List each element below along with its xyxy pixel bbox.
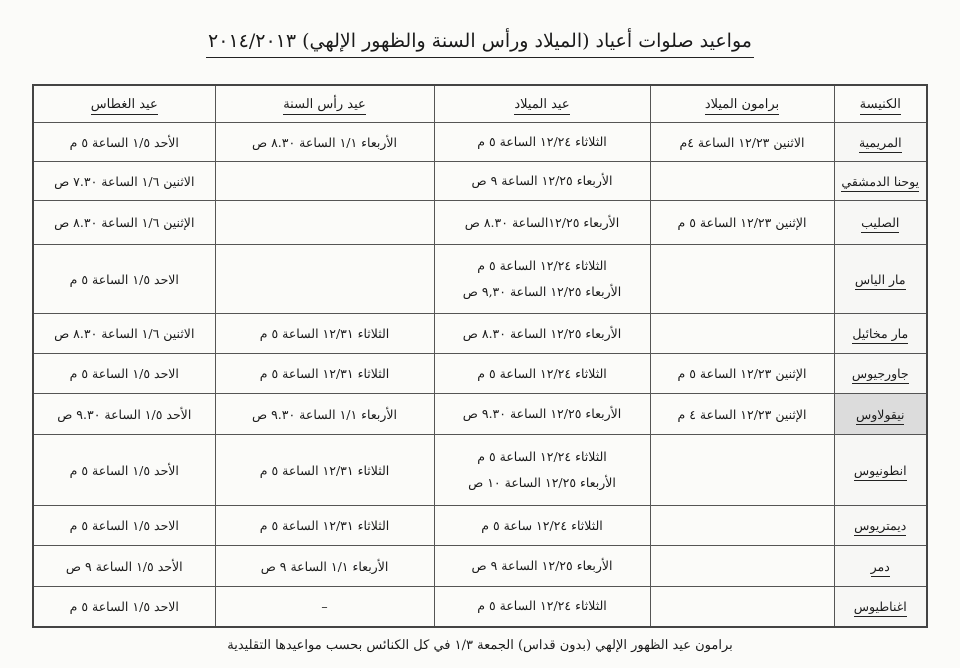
church-name-cell: نيقولاوس — [834, 394, 927, 435]
christmas-eve-cell: الإثنين ١٢/٢٣ الساعة ٥ م — [650, 354, 834, 394]
christmas-eve-cell: الاثنين ١٢/٢٣ الساعة ٤م — [650, 123, 834, 162]
new-year-cell: الثلاثاء ١٢/٣١ الساعة ٥ م — [215, 354, 434, 394]
christmas-cell: الأربعاء ١٢/٢٥ الساعة ٩.٣٠ ص — [434, 394, 650, 435]
new-year-cell — [215, 245, 434, 314]
epiphany-cell: الاحد ١/٥ الساعة ٥ م — [33, 587, 215, 627]
christmas-cell: الثلاثاء ١٢/٢٤ الساعة ٥ مالأربعاء ١٢/٢٥ … — [434, 245, 650, 314]
christmas-cell: الأربعاء ١٢/٢٥ الساعة ٨.٣٠ ص — [434, 314, 650, 354]
christmas-cell: الأربعاء ١٢/٢٥ الساعة ٩ ص — [434, 546, 650, 587]
header-new-year: عيد رأس السنة — [215, 85, 434, 123]
header-christmas: عيد الميلاد — [434, 85, 650, 123]
table-row: جاورجيوسالإثنين ١٢/٢٣ الساعة ٥ مالثلاثاء… — [33, 354, 927, 394]
table-row: مار مخائيلالأربعاء ١٢/٢٥ الساعة ٨.٣٠ صال… — [33, 314, 927, 354]
new-year-cell: الثلاثاء ١٢/٣١ الساعة ٥ م — [215, 506, 434, 546]
footer-note: برامون عيد الظهور الإلهي (بدون قداس) الج… — [0, 638, 960, 653]
epiphany-cell: الإثنين ١/٦ الساعة ٨.٣٠ ص — [33, 201, 215, 245]
header-church: الكنيسة — [834, 85, 927, 123]
epiphany-cell: الاحد ١/٥ الساعة ٥ م — [33, 354, 215, 394]
epiphany-cell: الأحد ١/٥ الساعة ٥ م — [33, 123, 215, 162]
header-row: الكنيسة برامون الميلاد عيد الميلاد عيد ر… — [33, 85, 927, 123]
table-row: يوحنا الدمشقيالأربعاء ١٢/٢٥ الساعة ٩ صال… — [33, 162, 927, 201]
christmas-eve-cell — [650, 546, 834, 587]
table-row: دمرالأربعاء ١٢/٢٥ الساعة ٩ صالأربعاء ١/١… — [33, 546, 927, 587]
christmas-eve-cell — [650, 587, 834, 627]
christmas-eve-cell: الإثنين ١٢/٢٣ الساعة ٤ م — [650, 394, 834, 435]
schedule-table: الكنيسة برامون الميلاد عيد الميلاد عيد ر… — [32, 84, 928, 628]
table-row: المريميةالاثنين ١٢/٢٣ الساعة ٤مالثلاثاء … — [33, 123, 927, 162]
church-name-cell: اغناطيوس — [834, 587, 927, 627]
church-name-cell: جاورجيوس — [834, 354, 927, 394]
christmas-cell: الثلاثاء ١٢/٢٤ الساعة ٥ مالأربعاء ١٢/٢٥ … — [434, 435, 650, 506]
church-name-cell: الصليب — [834, 201, 927, 245]
christmas-eve-cell — [650, 162, 834, 201]
christmas-cell: الأربعاء ١٢/٢٥الساعة ٨.٣٠ ص — [434, 201, 650, 245]
christmas-eve-cell: الإثنين ١٢/٢٣ الساعة ٥ م — [650, 201, 834, 245]
new-year-cell: الأربعاء ١/١ الساعة ٨.٣٠ ص — [215, 123, 434, 162]
header-epiphany: عيد الغطاس — [33, 85, 215, 123]
epiphany-cell: الأحد ١/٥ الساعة ٥ م — [33, 435, 215, 506]
new-year-cell: الثلاثاء ١٢/٣١ الساعة ٥ م — [215, 314, 434, 354]
table-row: انطونيوسالثلاثاء ١٢/٢٤ الساعة ٥ مالأربعا… — [33, 435, 927, 506]
new-year-cell: – — [215, 587, 434, 627]
christmas-cell: الثلاثاء ١٢/٢٤ الساعة ٥ م — [434, 354, 650, 394]
christmas-eve-cell — [650, 314, 834, 354]
church-name-cell: يوحنا الدمشقي — [834, 162, 927, 201]
epiphany-cell: الاثنين ١/٦ الساعة ٨.٣٠ ص — [33, 314, 215, 354]
new-year-cell: الأربعاء ١/١ الساعة ٩.٣٠ ص — [215, 394, 434, 435]
church-name-cell: مار الياس — [834, 245, 927, 314]
christmas-eve-cell — [650, 245, 834, 314]
new-year-cell — [215, 162, 434, 201]
church-name-cell: المريمية — [834, 123, 927, 162]
table-row: نيقولاوسالإثنين ١٢/٢٣ الساعة ٤ مالأربعاء… — [33, 394, 927, 435]
table-row: ديمتريوسالثلاثاء ١٢/٢٤ ساعة ٥ مالثلاثاء … — [33, 506, 927, 546]
table-row: الصليبالإثنين ١٢/٢٣ الساعة ٥ مالأربعاء ١… — [33, 201, 927, 245]
church-name-cell: انطونيوس — [834, 435, 927, 506]
church-name-cell: مار مخائيل — [834, 314, 927, 354]
christmas-cell: الثلاثاء ١٢/٢٤ الساعة ٥ م — [434, 587, 650, 627]
christmas-cell: الثلاثاء ١٢/٢٤ الساعة ٥ م — [434, 123, 650, 162]
christmas-cell: الثلاثاء ١٢/٢٤ ساعة ٥ م — [434, 506, 650, 546]
document-title: مواعيد صلوات أعياد (الميلاد ورأس السنة و… — [0, 30, 960, 58]
christmas-cell: الأربعاء ١٢/٢٥ الساعة ٩ ص — [434, 162, 650, 201]
new-year-cell: الأربعاء ١/١ الساعة ٩ ص — [215, 546, 434, 587]
church-name-cell: ديمتريوس — [834, 506, 927, 546]
epiphany-cell: الاحد ١/٥ الساعة ٥ م — [33, 506, 215, 546]
epiphany-cell: الأحد ١/٥ الساعة ٩ ص — [33, 546, 215, 587]
new-year-cell — [215, 201, 434, 245]
church-name-cell: دمر — [834, 546, 927, 587]
table-row: مار الياسالثلاثاء ١٢/٢٤ الساعة ٥ مالأربع… — [33, 245, 927, 314]
table-row: اغناطيوسالثلاثاء ١٢/٢٤ الساعة ٥ م–الاحد … — [33, 587, 927, 627]
header-christmas-eve: برامون الميلاد — [650, 85, 834, 123]
christmas-eve-cell — [650, 435, 834, 506]
epiphany-cell: الاثنين ١/٦ الساعة ٧.٣٠ ص — [33, 162, 215, 201]
epiphany-cell: الأحد ١/٥ الساعة ٩.٣٠ ص — [33, 394, 215, 435]
christmas-eve-cell — [650, 506, 834, 546]
epiphany-cell: الاحد ١/٥ الساعة ٥ م — [33, 245, 215, 314]
new-year-cell: الثلاثاء ١٢/٣١ الساعة ٥ م — [215, 435, 434, 506]
